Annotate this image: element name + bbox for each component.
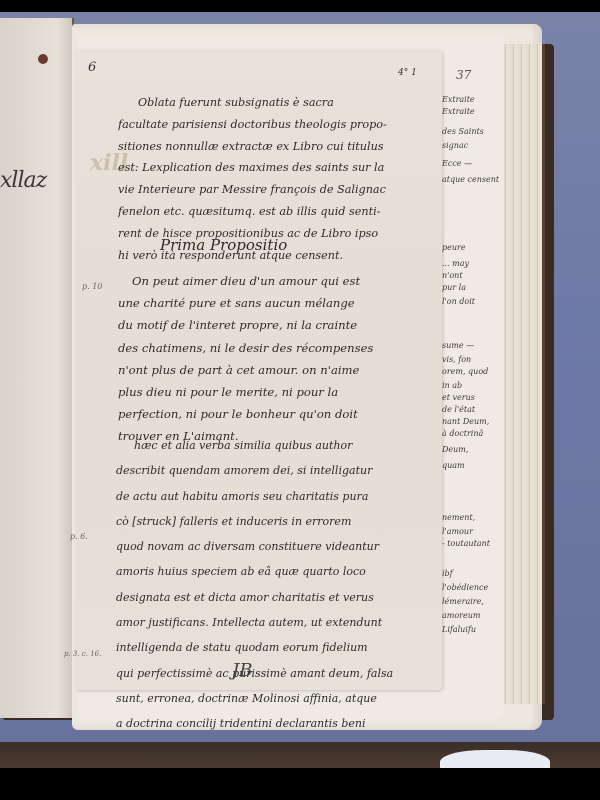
margin-note: pur la (442, 282, 466, 294)
text-line: describit quendam amorem dei, si intelli… (116, 458, 442, 483)
text-line: du motif de l'interet propre, ni la crai… (118, 314, 438, 336)
left-margin-annotation: p. 10 (82, 282, 102, 291)
margin-note: n'ont (442, 270, 463, 282)
text-line: vie Interieure par Messire françois de S… (118, 179, 438, 201)
text-line: designata est et dicta amor charitatis e… (116, 585, 442, 610)
margin-note: sume — (442, 340, 474, 352)
text-line: fenelon etc. quæsitumq. est ab illis qui… (118, 201, 438, 223)
margin-note: - toutautant (442, 538, 490, 550)
text-line: des chatimens, ni le desir des récompens… (118, 337, 438, 359)
margin-note: amoreum (442, 610, 480, 622)
text-line: sunt, erronea, doctrinæ Molinosi affinia… (116, 686, 442, 711)
text-line: plus dieu ni pour le merite, ni pour la (118, 381, 438, 403)
margin-note: peure (442, 242, 466, 254)
text-line: a doctrina concilij tridentini declarant… (116, 711, 442, 736)
text-line: cò [struck] falleris et induceris in err… (116, 509, 442, 534)
margin-note: à doctrinâ (442, 428, 483, 440)
text-line: de actu aut habitu amoris seu charitatis… (116, 484, 442, 509)
margin-note: Extraite (442, 94, 475, 106)
ink-blot (38, 54, 48, 64)
page-edges (502, 44, 545, 704)
text-line: intelligenda de statu quodam eorum fidel… (116, 635, 442, 660)
margin-note: signac (442, 140, 468, 152)
text-line: amor justificans. Intellecta autem, ut e… (116, 610, 442, 635)
left-page-scrawl: xllaz (0, 168, 46, 193)
text-line: n'ont plus de part à cet amour. on n'aim… (118, 359, 438, 381)
text-line: une charité pure et sans aucun mélange (118, 292, 438, 314)
folio-mark: 4° 1 (398, 68, 417, 78)
text-line: On peut aimer dieu d'un amour qui est (118, 270, 438, 292)
right-margin-notes: Extraite Extraite des Saints signac Ecce… (440, 60, 504, 660)
margin-note: atque censent (442, 174, 499, 186)
margin-note: l'amour (442, 526, 473, 538)
left-margin-annotation: p. 6. (70, 532, 88, 541)
margin-note: Deum, (442, 444, 468, 456)
margin-note: Ecce — (442, 158, 472, 170)
margin-note: l'obédience (442, 582, 488, 594)
margin-note: quam (442, 460, 465, 472)
margin-note: ... may (442, 258, 469, 270)
margin-note: lémeraire, (442, 596, 484, 608)
margin-note: et verus (442, 392, 475, 404)
cloth (440, 750, 550, 768)
margin-note: vis, fon (442, 354, 471, 366)
text-line: sitiones nonnullæ extractæ ex Libro cui … (118, 136, 438, 158)
margin-note: nant Deum, (442, 416, 489, 428)
margin-note: des Saints (442, 126, 484, 138)
margin-note: orem, quod (442, 366, 488, 378)
text-line: perfection, ni pour le bonheur qu'on doi… (118, 403, 438, 425)
text-line: quod novam ac diversam constituere videa… (116, 534, 442, 559)
section-heading: Prima Propositio (160, 236, 287, 254)
margin-note: ibf (442, 568, 453, 580)
text-line: est: Lexplication des maximes des saints… (118, 157, 438, 179)
text-line: hæc et alia verba similia quibus author (116, 433, 442, 458)
left-page: xllaz (0, 18, 74, 718)
margin-note: de l'état (442, 404, 475, 416)
signature-flourish: JB (232, 660, 252, 681)
margin-note: Lifaluifu (442, 624, 476, 636)
left-margin-annotation: p. 3. c. 16. (64, 650, 101, 658)
margin-note: nement, (442, 512, 475, 524)
margin-note: l'on doit (442, 296, 475, 308)
text-line: qui perfectissimè ac purissimè amant deu… (116, 661, 442, 686)
margin-note: in ab (442, 380, 462, 392)
margin-note: Extraite (442, 106, 475, 118)
text-line: amoris huius speciem ab eâ quæ quarto lo… (116, 559, 442, 584)
french-proposition: On peut aimer dieu d'un amour qui est un… (118, 270, 438, 448)
latin-censure: hæc et alia verba similia quibus author … (116, 433, 442, 737)
text-line: facultate parisiensi doctoribus theologi… (118, 114, 438, 136)
folio-number: 6 (88, 60, 96, 75)
text-line: Oblata fuerunt subsignatis è sacra (118, 92, 438, 114)
